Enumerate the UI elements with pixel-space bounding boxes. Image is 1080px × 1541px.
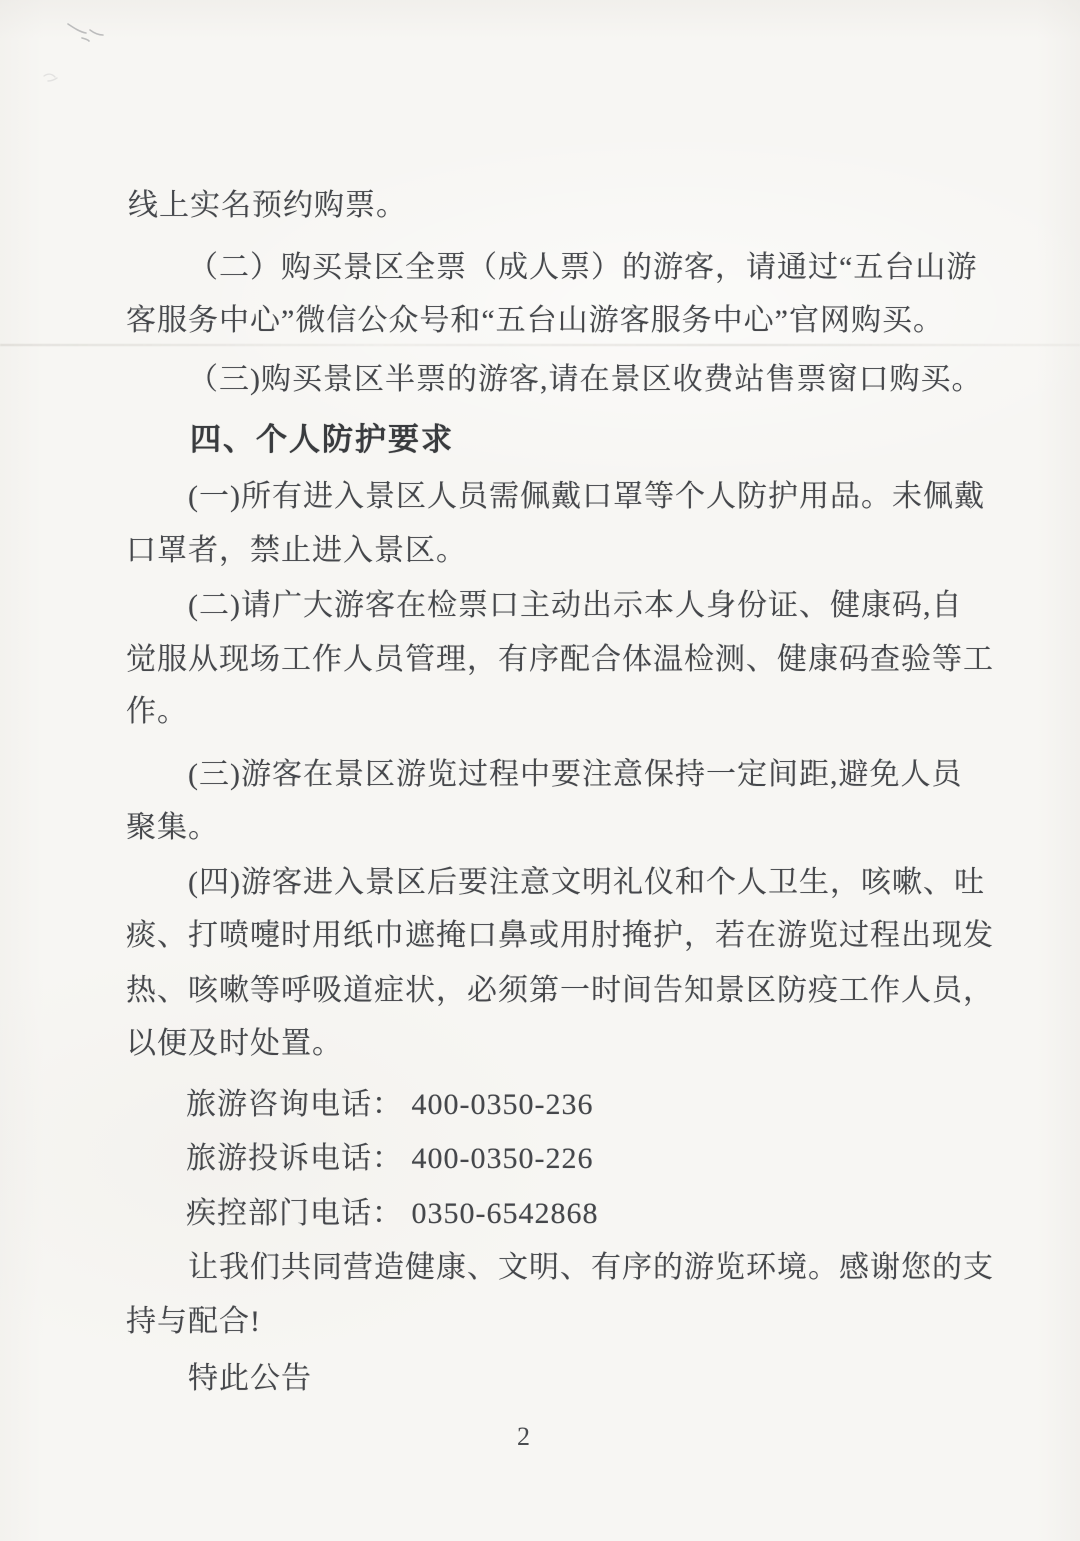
text-line-hereby-announced: 特此公告 [188,1359,312,1399]
text-line-rule2-idcheck: (二)请广大游客在检票口主动出示本人身份证、健康码,自 [188,586,962,626]
text-line-rule1-continuation: 口罩者，禁止进入景区。 [126,531,467,571]
text-line-rule4-etiquette: (四)游客进入景区后要注意文明礼仪和个人卫生，咳嗽、吐 [188,863,985,903]
text-line-reservation-continuation: 线上实名预约购票。 [128,186,407,226]
smudge-artifact [38,56,74,86]
paper-crease-line [0,344,1080,346]
text-line-rule2-continuation-2: 作。 [126,692,188,732]
text-line-rule4-continuation-1: 痰、打喷嚏时用纸巾遮掩口鼻或用肘掩护，若在游览过程出现发 [126,916,994,956]
text-line-inquiry-phone: 旅游咨询电话： 400-0350-236 [186,1085,593,1125]
pencil-scribble-artifact [60,12,120,52]
text-line-rule3-continuation: 聚集。 [126,808,219,848]
document-page: 线上实名预约购票。 （二）购买景区全票（成人票）的游客，请通过“五台山游 客服务… [0,0,1080,1541]
text-line-item2-continuation: 客服务中心”微信公众号和“五台山游客服务中心”官网购买。 [126,301,944,341]
text-line-rule1-mask: (一)所有进入景区人员需佩戴口罩等个人防护用品。未佩戴 [188,477,985,517]
text-line-complaint-phone: 旅游投诉电话： 400-0350-226 [186,1139,593,1179]
text-line-closing-2: 持与配合! [126,1302,261,1342]
text-line-item3-half-ticket: （三)购买景区半票的游客,请在景区收费站售票窗口购买。 [188,360,983,400]
text-line-rule3-distance: (三)游客在景区游览过程中要注意保持一定间距,避免人员 [188,755,962,795]
text-line-cdc-phone: 疾控部门电话： 0350-6542868 [186,1194,599,1234]
page-number: 2 [517,1422,530,1452]
text-line-rule2-continuation-1: 觉服从现场工作人员管理，有序配合体温检测、健康码查验等工 [126,640,994,680]
section-heading-personal-protection: 四、个人防护要求 [190,420,454,460]
text-line-rule4-continuation-3: 以便及时处置。 [126,1024,343,1064]
text-line-rule4-continuation-2: 热、咳嗽等呼吸道症状，必须第一时间告知景区防疫工作人员， [126,971,994,1011]
text-line-closing-1: 让我们共同营造健康、文明、有序的游览环境。感谢您的支 [188,1248,994,1288]
text-line-item2-full-ticket: （二）购买景区全票（成人票）的游客，请通过“五台山游 [188,248,977,288]
